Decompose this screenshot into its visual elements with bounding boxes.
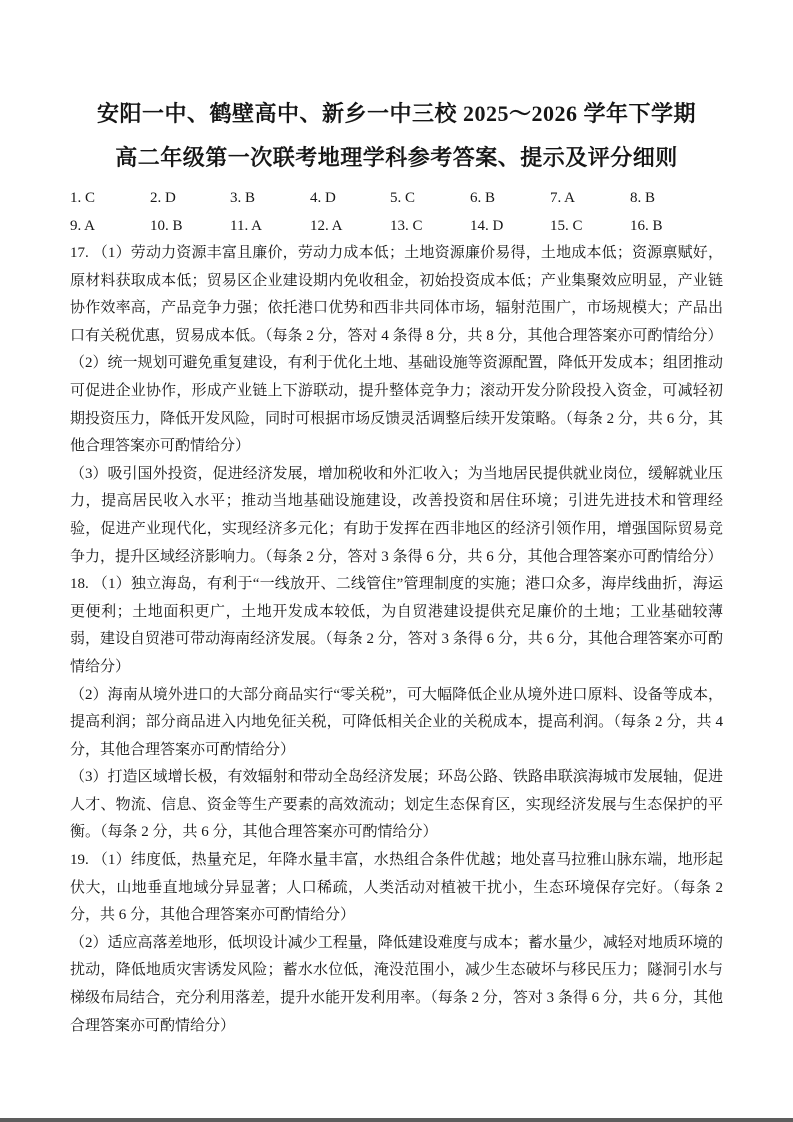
answer-key-row-2: 9. A 10. B 11. A 12. A 13. C 14. D 15. C… [70, 212, 723, 240]
answer-item-13: 13. C [390, 212, 470, 240]
answer-item-7: 7. A [550, 184, 630, 212]
answer-key-row-1: 1. C 2. D 3. B 4. D 5. C 6. B 7. A 8. B [70, 184, 723, 212]
answer-paragraph-18-2: （2）海南从境外进口的大部分商品实行“零关税”，可大幅降低企业从境外进口原料、设… [70, 682, 723, 765]
answer-item-6: 6. B [470, 184, 550, 212]
answer-key-section: 1. C 2. D 3. B 4. D 5. C 6. B 7. A 8. B … [70, 184, 723, 240]
answer-paragraph-17-1: 17. （1）劳动力资源丰富且廉价，劳动力成本低；土地资源廉价易得，土地成本低；… [70, 240, 723, 350]
answer-item-14: 14. D [470, 212, 550, 240]
answer-item-2: 2. D [150, 184, 230, 212]
answer-item-15: 15. C [550, 212, 630, 240]
answer-item-10: 10. B [150, 212, 230, 240]
answer-item-9: 9. A [70, 212, 150, 240]
answer-paragraph-19-1: 19. （1）纬度低，热量充足，年降水量丰富，水热组合条件优越；地处喜马拉雅山脉… [70, 847, 723, 930]
answer-item-1: 1. C [70, 184, 150, 212]
answer-paragraph-18-1: 18. （1）独立海岛，有利于“一线放开、二线管住”管理制度的实施；港口众多，海… [70, 571, 723, 681]
answer-paragraph-18-3: （3）打造区域增长极，有效辐射和带动全岛经济发展；环岛公路、铁路串联滨海城市发展… [70, 764, 723, 847]
answer-paragraph-17-3: （3）吸引国外投资，促进经济发展，增加税收和外汇收入；为当地居民提供就业岗位，缓… [70, 461, 723, 571]
document-title-line2: 高二年级第一次联考地理学科参考答案、提示及评分细则 [70, 136, 723, 180]
answer-item-3: 3. B [230, 184, 310, 212]
answer-item-5: 5. C [390, 184, 470, 212]
answer-item-11: 11. A [230, 212, 310, 240]
answer-item-8: 8. B [630, 184, 710, 212]
document-content: 安阳一中、鹤壁高中、新乡一中三校 2025～2026 学年下学期 高二年级第一次… [0, 0, 793, 1040]
page-bottom-separator [0, 1118, 793, 1122]
document-page: 安阳一中、鹤壁高中、新乡一中三校 2025～2026 学年下学期 高二年级第一次… [0, 0, 793, 1122]
answer-item-4: 4. D [310, 184, 390, 212]
answer-paragraph-19-2: （2）适应高落差地形，低坝设计减少工程量，降低建设难度与成本；蓄水量少，减轻对地… [70, 930, 723, 1040]
answer-paragraph-17-2: （2）统一规划可避免重复建设，有利于优化土地、基础设施等资源配置，降低开发成本；… [70, 350, 723, 460]
document-title-line1: 安阳一中、鹤壁高中、新乡一中三校 2025～2026 学年下学期 [70, 92, 723, 136]
answer-item-12: 12. A [310, 212, 390, 240]
answer-item-16: 16. B [630, 212, 710, 240]
